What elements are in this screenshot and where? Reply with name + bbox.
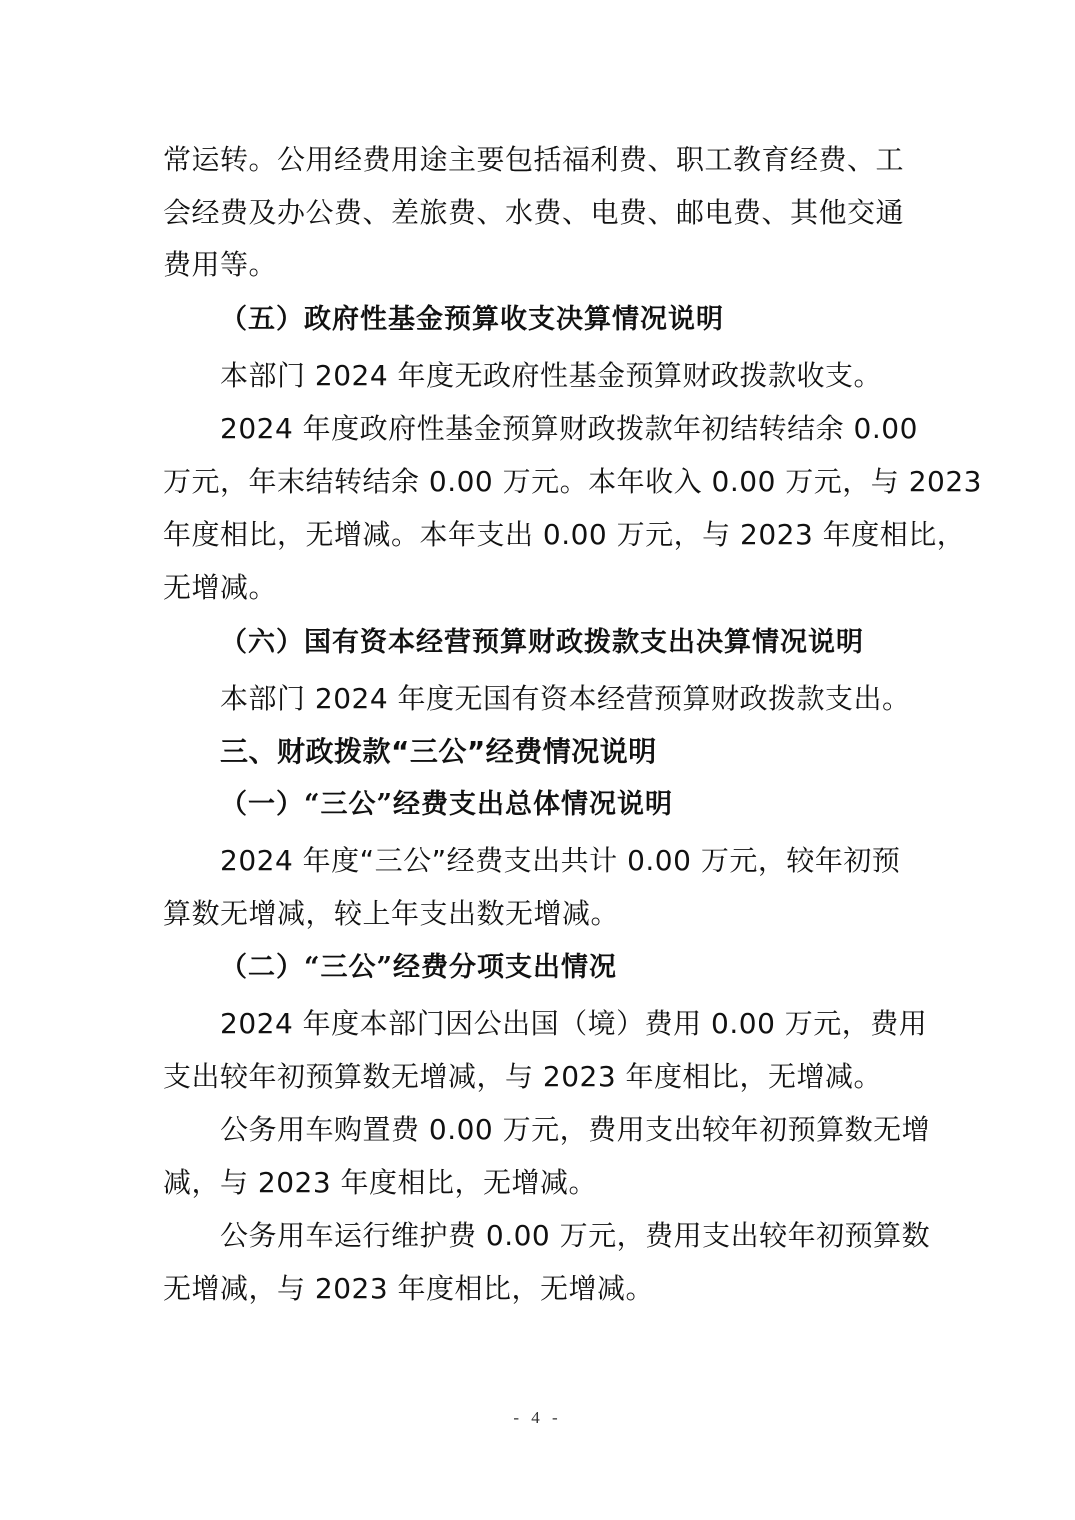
section-subheading: （二）“三公”经费分项支出情况 — [220, 948, 980, 988]
paragraph-line: 公务用车运行维护费 0.00 万元，费用支出较年初预算数 — [220, 1216, 980, 1256]
paragraph-line: 本部门 2024 年度无政府性基金预算财政拨款收支。 — [220, 356, 980, 396]
paragraph-line: 2024 年度政府性基金预算财政拨款年初结转结余 0.00 — [220, 409, 980, 449]
section-subheading: （五）政府性基金预算收支决算情况说明 — [220, 300, 980, 340]
section-subheading: （六）国有资本经营预算财政拨款支出决算情况说明 — [220, 623, 980, 663]
paragraph-line: 减，与 2023 年度相比，无增减。 — [163, 1163, 923, 1203]
paragraph-line: 2024 年度本部门因公出国（境）费用 0.00 万元，费用 — [220, 1004, 980, 1044]
paragraph-line: 本部门 2024 年度无国有资本经营预算财政拨款支出。 — [220, 679, 980, 719]
paragraph-line: 会经费及办公费、差旅费、水费、电费、邮电费、其他交通 — [163, 193, 923, 233]
paragraph-line: 常运转。公用经费用途主要包括福利费、职工教育经费、工 — [163, 140, 923, 180]
paragraph-line: 费用等。 — [163, 245, 923, 285]
paragraph-line: 支出较年初预算数无增减，与 2023 年度相比，无增减。 — [163, 1057, 923, 1097]
document-page: 常运转。公用经费用途主要包括福利费、职工教育经费、工会经费及办公费、差旅费、水费… — [0, 0, 1075, 1520]
paragraph-line: 公务用车购置费 0.00 万元，费用支出较年初预算数无增 — [220, 1110, 980, 1150]
paragraph-line: 算数无增减，较上年支出数无增减。 — [163, 894, 923, 934]
paragraph-line: 无增减，与 2023 年度相比，无增减。 — [163, 1269, 923, 1309]
paragraph-line: 年度相比，无增减。本年支出 0.00 万元，与 2023 年度相比， — [163, 515, 923, 555]
paragraph-line: 2024 年度“三公”经费支出共计 0.00 万元，较年初预 — [220, 841, 980, 881]
section-heading: 三、财政拨款“三公”经费情况说明 — [220, 732, 980, 772]
page-number: - 4 - — [0, 1408, 1075, 1428]
paragraph-line: 万元，年末结转结余 0.00 万元。本年收入 0.00 万元，与 2023 — [163, 462, 923, 502]
section-subheading: （一）“三公”经费支出总体情况说明 — [220, 785, 980, 825]
paragraph-line: 无增减。 — [163, 568, 923, 608]
